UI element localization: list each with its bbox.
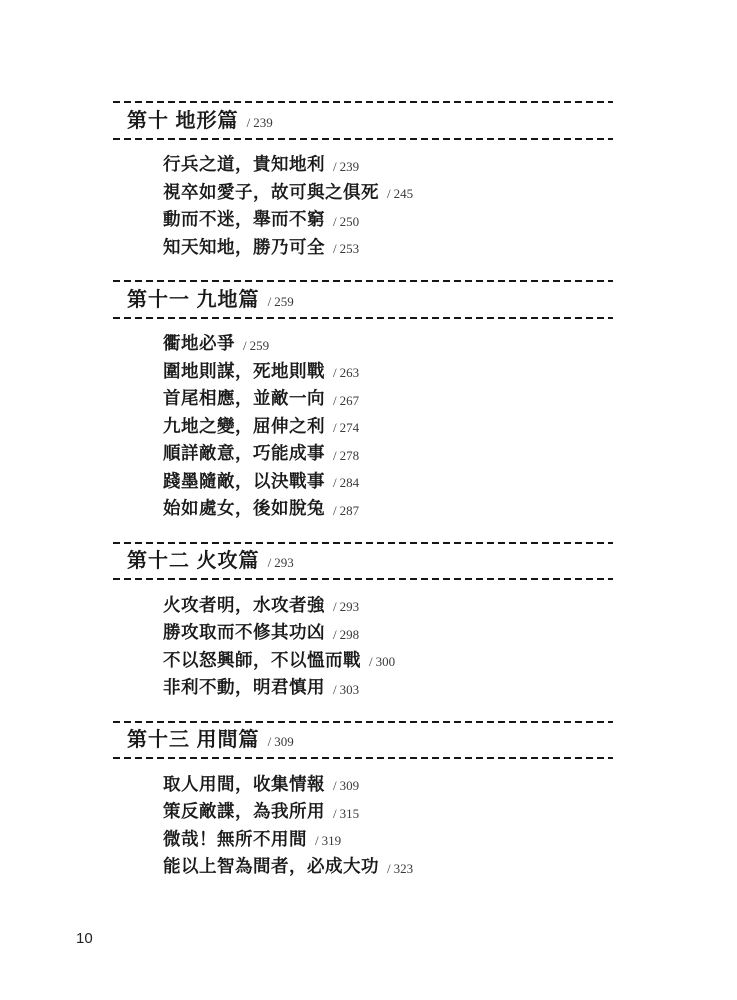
chapter-title: 第十 地形篇 [127, 111, 239, 131]
toc-item-page-number: 298 [340, 627, 360, 642]
toc-item-page-ref: /303 [333, 682, 359, 698]
toc-item: 圍地則謀，死地則戰 /263 [163, 358, 613, 386]
chapter-page-ref: /293 [268, 555, 294, 571]
toc-item-page-slash: / [333, 778, 337, 793]
book-toc-page: 第十 地形篇 /239 行兵之道，貴知地利 /239 視卒如愛子，故可與之俱死 … [0, 0, 737, 1000]
toc-item-title: 首尾相應，並敵一向 [163, 390, 325, 408]
chapter-page-ref: /309 [268, 734, 294, 750]
toc-item-page-number: 293 [340, 599, 360, 614]
toc-item: 微哉！無所不用間 /319 [163, 826, 613, 854]
toc-item-page-number: 278 [340, 448, 360, 463]
chapter-page-slash: / [247, 115, 251, 130]
toc-item-page-slash: / [333, 365, 337, 380]
toc-item: 策反敵諜，為我所用 /315 [163, 798, 613, 826]
toc-item-page-slash: / [333, 241, 337, 256]
chapter-heading: 第十二 火攻篇 /293 [113, 542, 613, 581]
toc-item-page-ref: /263 [333, 365, 359, 381]
toc-item: 衢地必爭 /259 [163, 330, 613, 358]
toc-item-page-slash: / [315, 833, 319, 848]
toc-item-title: 順詳敵意，巧能成事 [163, 445, 325, 463]
toc-item-page-ref: /278 [333, 448, 359, 464]
toc-item-page-slash: / [333, 393, 337, 408]
toc-item-title: 策反敵諜，為我所用 [163, 803, 325, 821]
toc-item-title: 行兵之道，貴知地利 [163, 156, 325, 174]
toc-item-page-slash: / [333, 475, 337, 490]
toc-item-page-ref: /319 [315, 833, 341, 849]
toc-item-page-slash: / [333, 420, 337, 435]
toc-item-page-number: 245 [394, 186, 414, 201]
toc-item-title: 非利不動，明君慎用 [163, 679, 325, 697]
toc-item-page-slash: / [387, 861, 391, 876]
toc-item-page-number: 259 [250, 338, 270, 353]
toc-item-title: 勝攻取而不修其功凶 [163, 624, 325, 642]
toc-item-page-number: 300 [376, 654, 396, 669]
toc-item-page-slash: / [333, 214, 337, 229]
toc-item-page-ref: /315 [333, 806, 359, 822]
toc-item: 視卒如愛子，故可與之俱死 /245 [163, 179, 613, 207]
toc-item-page-ref: /287 [333, 503, 359, 519]
toc-item-page-number: 315 [340, 806, 360, 821]
chapter-page-slash: / [268, 555, 272, 570]
toc-item-page-number: 253 [340, 241, 360, 256]
toc-item-page-ref: /250 [333, 214, 359, 230]
toc-item: 非利不動，明君慎用 /303 [163, 674, 613, 702]
toc-item-title: 能以上智為間者，必成大功 [163, 858, 379, 876]
toc-item-page-ref: /239 [333, 159, 359, 175]
toc-item-page-slash: / [333, 682, 337, 697]
chapter-page-number: 259 [274, 294, 294, 309]
toc-item-page-number: 319 [322, 833, 342, 848]
toc-item: 勝攻取而不修其功凶 /298 [163, 619, 613, 647]
toc-item-title: 動而不迷，舉而不窮 [163, 211, 325, 229]
chapter-page-number: 309 [274, 734, 294, 749]
toc-item-title: 微哉！無所不用間 [163, 831, 307, 849]
toc-item-page-number: 284 [340, 475, 360, 490]
chapter-title: 第十一 九地篇 [127, 290, 260, 310]
toc-item-page-ref: /245 [387, 186, 413, 202]
chapter-items: 衢地必爭 /259 圍地則謀，死地則戰 /263 首尾相應，並敵一向 /267 … [113, 319, 613, 523]
toc-item-page-number: 267 [340, 393, 360, 408]
toc-item-page-ref: /309 [333, 778, 359, 794]
toc-item-page-slash: / [333, 599, 337, 614]
chapter-items: 行兵之道，貴知地利 /239 視卒如愛子，故可與之俱死 /245 動而不迷，舉而… [113, 140, 613, 261]
toc-item: 火攻者明，水攻者強 /293 [163, 592, 613, 620]
toc-item-page-number: 239 [340, 159, 360, 174]
toc-item-page-number: 274 [340, 420, 360, 435]
toc-item-page-ref: /267 [333, 393, 359, 409]
toc-item-page-number: 287 [340, 503, 360, 518]
toc-item: 行兵之道，貴知地利 /239 [163, 151, 613, 179]
toc-item-page-ref: /323 [387, 861, 413, 877]
toc-item-title: 取人用間，收集情報 [163, 776, 325, 794]
toc-item-page-ref: /293 [333, 599, 359, 615]
toc-section: 第十三 用間篇 /309 取人用間，收集情報 /309 策反敵諜，為我所用 /3… [113, 721, 613, 881]
chapter-items: 取人用間，收集情報 /309 策反敵諜，為我所用 /315 微哉！無所不用間 /… [113, 760, 613, 881]
toc-item: 知天知地，勝乃可全 /253 [163, 234, 613, 262]
chapter-page-number: 293 [274, 555, 294, 570]
chapter-items: 火攻者明，水攻者強 /293 勝攻取而不修其功凶 /298 不以怒興師，不以慍而… [113, 581, 613, 702]
chapter-page-ref: /239 [247, 115, 273, 131]
toc-item-title: 圍地則謀，死地則戰 [163, 363, 325, 381]
toc-item: 首尾相應，並敵一向 /267 [163, 385, 613, 413]
toc-item-page-ref: /284 [333, 475, 359, 491]
toc-item-page-ref: /298 [333, 627, 359, 643]
toc-item-title: 始如處女，後如脫兔 [163, 500, 325, 518]
toc-item-page-number: 250 [340, 214, 360, 229]
toc-item: 取人用間，收集情報 /309 [163, 771, 613, 799]
toc-item-title: 火攻者明，水攻者強 [163, 597, 325, 615]
toc-item-title: 知天知地，勝乃可全 [163, 239, 325, 257]
toc-item-page-number: 263 [340, 365, 360, 380]
chapter-heading: 第十 地形篇 /239 [113, 101, 613, 140]
toc-content: 第十 地形篇 /239 行兵之道，貴知地利 /239 視卒如愛子，故可與之俱死 … [113, 101, 613, 900]
toc-item-page-ref: /253 [333, 241, 359, 257]
chapter-page-number: 239 [253, 115, 273, 130]
toc-item-page-slash: / [333, 503, 337, 518]
chapter-heading: 第十三 用間篇 /309 [113, 721, 613, 760]
toc-section: 第十 地形篇 /239 行兵之道，貴知地利 /239 視卒如愛子，故可與之俱死 … [113, 101, 613, 261]
chapter-page-slash: / [268, 734, 272, 749]
toc-item-page-number: 303 [340, 682, 360, 697]
toc-item-page-slash: / [333, 806, 337, 821]
chapter-heading: 第十一 九地篇 /259 [113, 280, 613, 319]
chapter-title: 第十三 用間篇 [127, 730, 260, 750]
toc-item: 不以怒興師，不以慍而戰 /300 [163, 647, 613, 675]
toc-item-page-slash: / [333, 627, 337, 642]
toc-item: 能以上智為間者，必成大功 /323 [163, 853, 613, 881]
toc-item: 始如處女，後如脫兔 /287 [163, 495, 613, 523]
toc-item-title: 衢地必爭 [163, 335, 235, 353]
toc-item-page-slash: / [243, 338, 247, 353]
toc-section: 第十一 九地篇 /259 衢地必爭 /259 圍地則謀，死地則戰 /263 首尾… [113, 280, 613, 523]
toc-item-title: 踐墨隨敵，以決戰事 [163, 473, 325, 491]
toc-item-page-ref: /259 [243, 338, 269, 354]
toc-item-title: 九地之變，屈伸之利 [163, 418, 325, 436]
chapter-title: 第十二 火攻篇 [127, 551, 260, 571]
toc-item-page-ref: /274 [333, 420, 359, 436]
toc-item-title: 不以怒興師，不以慍而戰 [163, 652, 361, 670]
toc-item-page-slash: / [333, 448, 337, 463]
toc-item-page-slash: / [369, 654, 373, 669]
toc-item-page-slash: / [387, 186, 391, 201]
toc-item: 踐墨隨敵，以決戰事 /284 [163, 468, 613, 496]
page-number: 10 [76, 931, 93, 946]
toc-item-page-number: 323 [394, 861, 414, 876]
chapter-page-ref: /259 [268, 294, 294, 310]
toc-item-title: 視卒如愛子，故可與之俱死 [163, 184, 379, 202]
toc-item-page-number: 309 [340, 778, 360, 793]
toc-item: 動而不迷，舉而不窮 /250 [163, 206, 613, 234]
toc-item: 九地之變，屈伸之利 /274 [163, 413, 613, 441]
toc-section: 第十二 火攻篇 /293 火攻者明，水攻者強 /293 勝攻取而不修其功凶 /2… [113, 542, 613, 702]
chapter-page-slash: / [268, 294, 272, 309]
toc-item-page-ref: /300 [369, 654, 395, 670]
toc-item: 順詳敵意，巧能成事 /278 [163, 440, 613, 468]
toc-item-page-slash: / [333, 159, 337, 174]
